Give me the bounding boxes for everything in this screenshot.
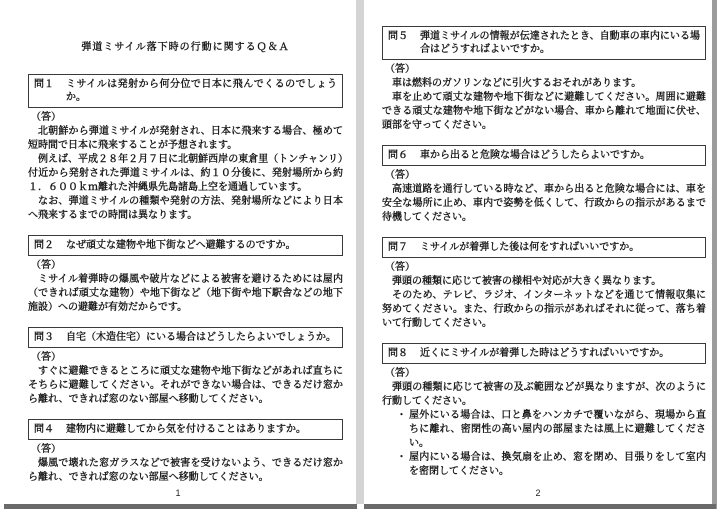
answer-7-label: （答） <box>385 261 706 274</box>
answer-6-paragraph: 高速道路を通行している時など、車から出ると危険な場合には、車を安全な場所に止め、… <box>382 183 706 225</box>
document-viewer: 弾道ミサイル落下時の行動に関するＱ＆Ａ 問１ ミサイルは発射から何分位で日本に飛… <box>0 0 720 511</box>
page-gutter <box>356 0 364 504</box>
question-5-label: 問５ <box>388 30 408 56</box>
page-1-number: 1 <box>0 488 356 498</box>
bullet-marker: ・ <box>394 409 409 451</box>
question-5-box: 問５ 弾道ミサイルの情報が伝達されたとき、自動車の車内にいる場合はどうすればよい… <box>382 26 706 60</box>
question-4-text: 建物内に避難してから気を付けることはありますか。 <box>66 423 337 436</box>
answer-5-label: （答） <box>385 63 706 76</box>
answer-2-label: （答） <box>31 259 343 272</box>
question-6-label: 問６ <box>388 149 408 162</box>
question-7-box: 問７ ミサイルが着弾した後は何をすればいいですか。 <box>382 237 706 258</box>
question-2-box: 問２ なぜ頑丈な建物や地下街などへ避難するのですか。 <box>28 235 343 256</box>
answer-1-paragraph: 例えば、平成２８年２月７日に北朝鮮西岸の東倉里（トンチャンリ）付近から発射された… <box>28 153 343 195</box>
question-8-text: 近くにミサイルが着弾した時はどうすればいいですか。 <box>420 347 700 360</box>
answer-8-label: （答） <box>385 367 706 380</box>
question-6-box: 問６ 車から出ると危険な場合はどうしたらよいですか。 <box>382 145 706 166</box>
question-1-label: 問１ <box>34 78 54 104</box>
question-2-text: なぜ頑丈な建物や地下街などへ避難するのですか。 <box>66 239 337 252</box>
question-5-text: 弾道ミサイルの情報が伝達されたとき、自動車の車内にいる場合はどうすればよいですか… <box>420 30 700 56</box>
page-right-edge-shadow <box>712 0 717 509</box>
answer-8-bullet-text: 屋外にいる場合は、口と鼻をハンカチで覆いながら、現場から直ちに離れ、密閉性の高い… <box>409 409 706 451</box>
answer-5-paragraph: 車は燃料のガソリンなどに引火するおそれがあります。 <box>382 77 706 91</box>
answer-8-paragraph: 弾頭の種類に応じて被害の及ぶ範囲などが異なりますが、次のように行動してください。 <box>382 381 706 409</box>
page-1: 弾道ミサイル落下時の行動に関するＱ＆Ａ 問１ ミサイルは発射から何分位で日本に飛… <box>0 0 356 504</box>
question-3-text: 自宅（木造住宅）にいる場合はどうしたらよいでしょうか。 <box>66 331 337 344</box>
answer-1-label: （答） <box>31 111 343 124</box>
question-6-text: 車から出ると危険な場合はどうしたらよいですか。 <box>420 149 700 162</box>
answer-5-paragraph: 車を止めて頑丈な建物や地下街などに避難してください。周囲に避難できる頑丈な建物や… <box>382 91 706 133</box>
question-1-box: 問１ ミサイルは発射から何分位で日本に飛んでくるのでしょうか。 <box>28 74 343 108</box>
answer-8-bullet-item: ・ 屋外にいる場合は、口と鼻をハンカチで覆いながら、現場から直ちに離れ、密閉性の… <box>394 409 706 451</box>
page-1-bottom-shadow <box>4 504 357 509</box>
answer-6-label: （答） <box>385 169 706 182</box>
answer-3-paragraph: すぐに避難できるところに頑丈な建物や地下街などがあれば直ちにそちらに避難してくだ… <box>28 365 343 407</box>
question-3-label: 問３ <box>34 331 54 344</box>
question-8-box: 問８ 近くにミサイルが着弾した時はどうすればいいですか。 <box>382 343 706 364</box>
question-4-label: 問４ <box>34 423 54 436</box>
page-2: 問５ 弾道ミサイルの情報が伝達されたとき、自動車の車内にいる場合はどうすればよい… <box>364 0 712 504</box>
answer-7-paragraph: そのため、テレビ、ラジオ、インターネットなどを通じて情報収集に努めてください。ま… <box>382 289 706 331</box>
document-title: 弾道ミサイル落下時の行動に関するＱ＆Ａ <box>28 38 343 53</box>
answer-4-paragraph: 爆風で壊れた窓ガラスなどで被害を受けないよう、できるだけ窓から離れ、できれば窓の… <box>28 457 343 485</box>
question-7-text: ミサイルが着弾した後は何をすればいいですか。 <box>420 241 700 254</box>
question-3-box: 問３ 自宅（木造住宅）にいる場合はどうしたらよいでしょうか。 <box>28 327 343 348</box>
page-2-number: 2 <box>364 488 712 498</box>
question-8-label: 問８ <box>388 347 408 360</box>
answer-3-label: （答） <box>31 351 343 364</box>
answer-1-paragraph: 北朝鮮から弾道ミサイルが発射され、日本に飛来する場合、極めて短時間で日本に飛来す… <box>28 125 343 153</box>
question-2-label: 問２ <box>34 239 54 252</box>
question-4-box: 問４ 建物内に避難してから気を付けることはありますか。 <box>28 419 343 440</box>
answer-8-bullet-text: 屋内にいる場合は、換気扇を止め、窓を閉め、目張りをして室内を密閉してください。 <box>409 451 706 479</box>
question-7-label: 問７ <box>388 241 408 254</box>
answer-8-bullet-item: ・ 屋内にいる場合は、換気扇を止め、窓を閉め、目張りをして室内を密閉してください… <box>394 451 706 479</box>
answer-1-paragraph: なお、弾道ミサイルの種類や発射の方法、発射場所などにより日本へ飛来するまでの時間… <box>28 195 343 223</box>
answer-4-label: （答） <box>31 443 343 456</box>
question-1-text: ミサイルは発射から何分位で日本に飛んでくるのでしょうか。 <box>66 78 337 104</box>
answer-7-paragraph: 弾頭の種類に応じて被害の様相や対応が大きく異なります。 <box>382 275 706 289</box>
page-2-bottom-shadow <box>364 504 716 509</box>
answer-2-paragraph: ミサイル着弾時の爆風や破片などによる被害を避けるためには屋内（できれば頑丈な建物… <box>28 273 343 315</box>
bullet-marker: ・ <box>394 451 409 479</box>
